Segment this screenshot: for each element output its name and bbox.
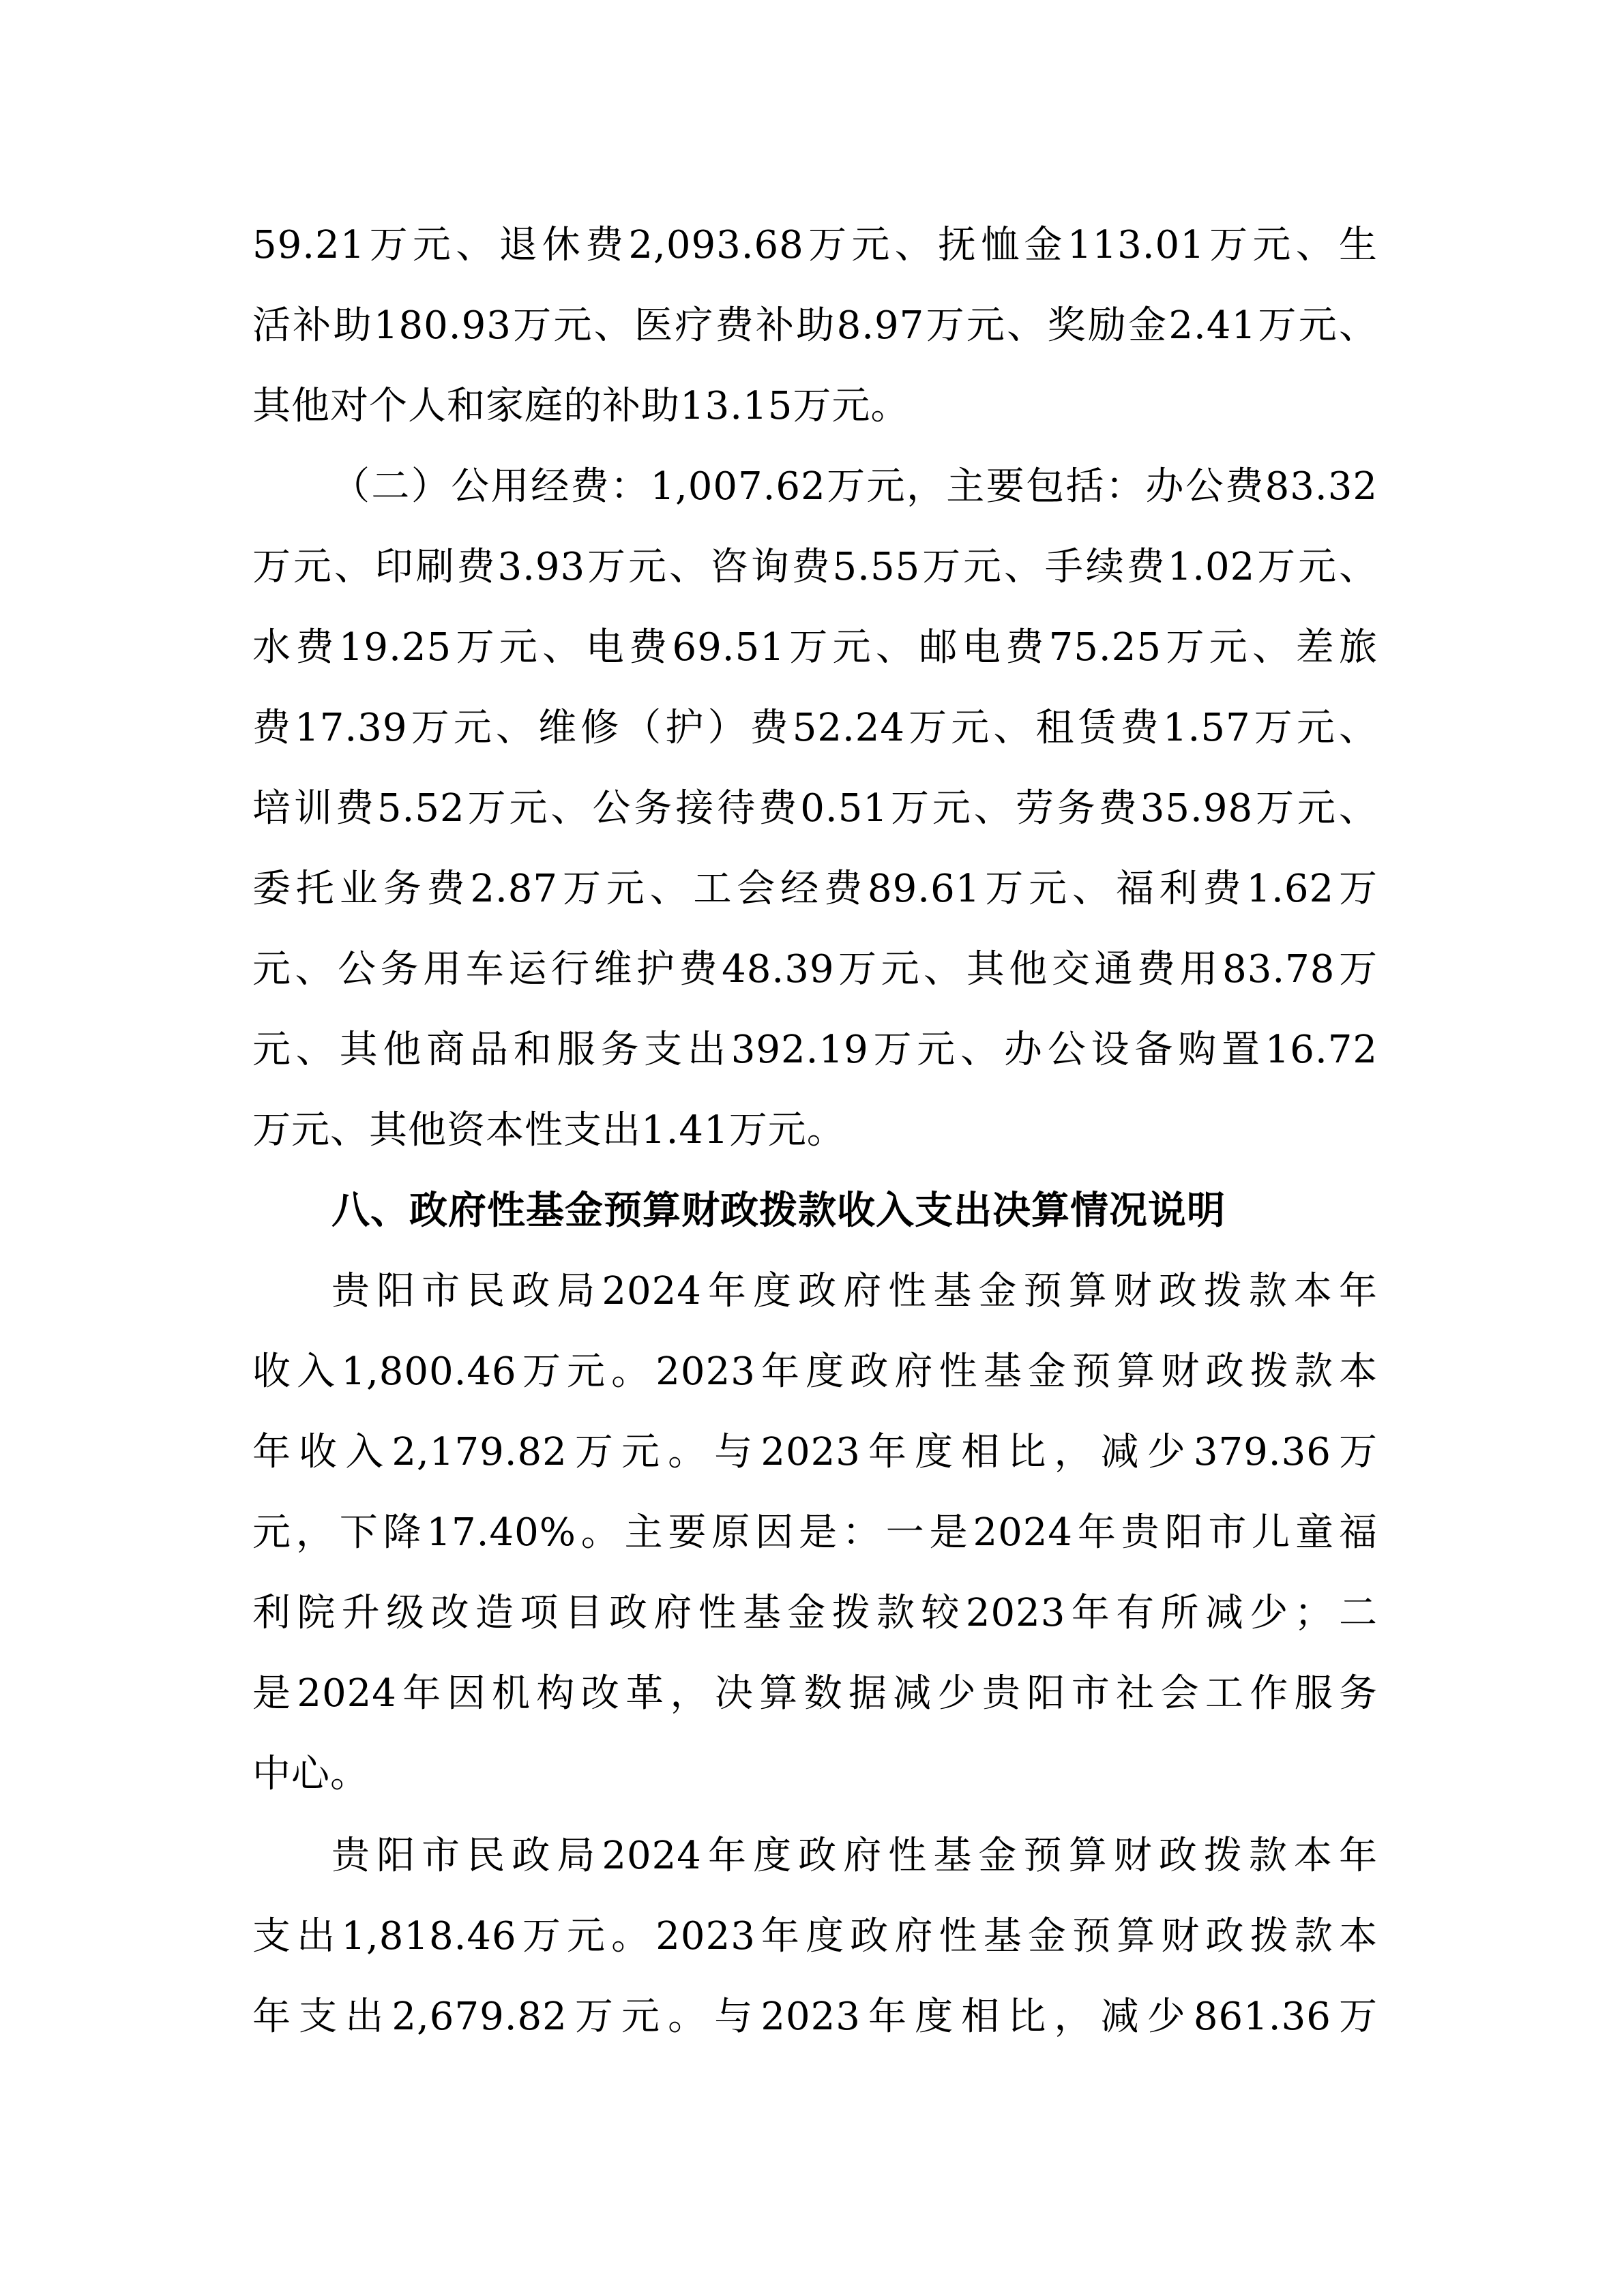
body-text-line: 贵阳市民政局2024年度政府性基金预算财政拨款本年 (331, 1829, 1378, 1883)
body-text-line: 活补助180.93万元、医疗费补助8.97万元、奖励金2.41万元、 (252, 299, 1378, 353)
body-text-line: 收入1,800.46万元。2023年度政府性基金预算财政拨款本 (252, 1345, 1378, 1399)
section-heading: 八、政府性基金预算财政拨款收入支出决算情况说明 (331, 1184, 1378, 1238)
body-text-line: 万元、印刷费3.93万元、咨询费5.55万元、手续费1.02万元、 (252, 540, 1378, 595)
body-text-line: 费17.39万元、维修（护）费52.24万元、租赁费1.57万元、 (252, 701, 1378, 756)
body-text-line: 委托业务费2.87万元、工会经费89.61万元、福利费1.62万 (252, 862, 1378, 916)
body-text-line: 元、公务用车运行维护费48.39万元、其他交通费用83.78万 (252, 942, 1378, 997)
body-text-line: （二）公用经费：1,007.62万元，主要包括：办公费83.32 (331, 460, 1378, 514)
body-text-line: 元，下降17.40%。主要原因是：一是2024年贵阳市儿童福 (252, 1506, 1378, 1560)
body-text-line: 支出1,818.46万元。2023年度政府性基金预算财政拨款本 (252, 1909, 1378, 1964)
body-text-line: 中心。 (252, 1747, 1378, 1802)
body-text-line: 年收入2,179.82万元。与2023年度相比，减少379.36万 (252, 1425, 1378, 1480)
body-text-line: 其他对个人和家庭的补助13.15万元。 (252, 379, 1378, 434)
body-text-line: 贵阳市民政局2024年度政府性基金预算财政拨款本年 (331, 1264, 1378, 1319)
document-page: 59.21万元、退休费2,093.68万元、抚恤金113.01万元、生 活补助1… (0, 0, 1624, 2296)
body-text-line: 万元、其他资本性支出1.41万元。 (252, 1103, 1378, 1158)
body-text-line: 水费19.25万元、电费69.51万元、邮电费75.25万元、差旅 (252, 621, 1378, 675)
body-text-line: 培训费5.52万元、公务接待费0.51万元、劳务费35.98万元、 (252, 781, 1378, 836)
body-text-line: 59.21万元、退休费2,093.68万元、抚恤金113.01万元、生 (252, 218, 1378, 273)
body-text-line: 年支出2,679.82万元。与2023年度相比，减少861.36万 (252, 1990, 1378, 2044)
body-text-line: 元、其他商品和服务支出392.19万元、办公设备购置16.72 (252, 1023, 1378, 1077)
body-text-line: 是2024年因机构改革，决算数据减少贵阳市社会工作服务 (252, 1667, 1378, 1721)
body-text-line: 利院升级改造项目政府性基金拨款较2023年有所减少；二 (252, 1586, 1378, 1641)
